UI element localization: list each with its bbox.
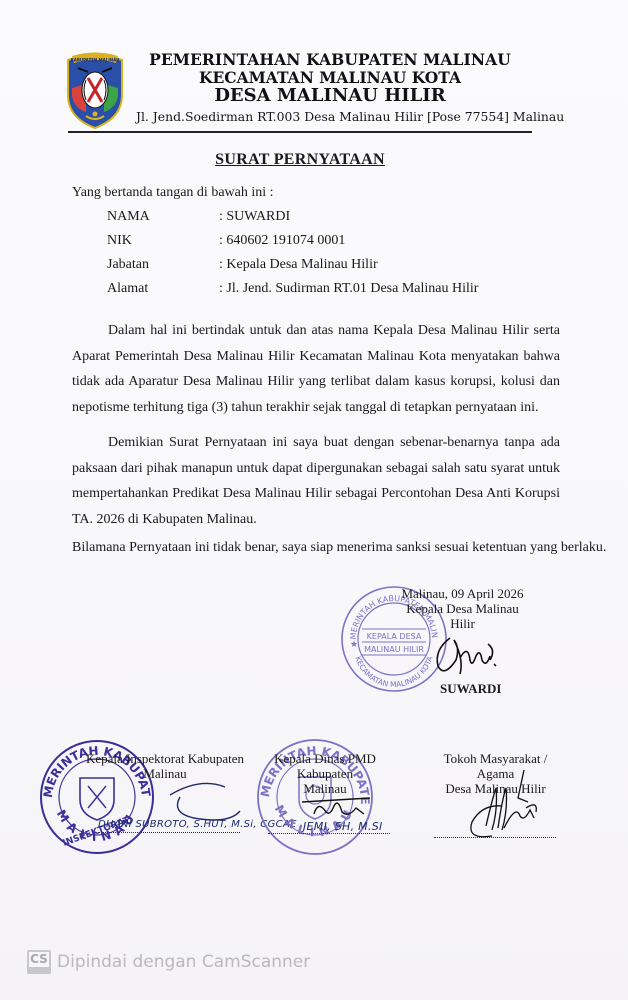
signature-line (98, 832, 240, 833)
place-date: Malinau, 09 April 2026 (395, 586, 530, 601)
dinas-pmd-signature (300, 790, 380, 820)
field-value: : SUWARDI (219, 209, 290, 224)
field-label: Jabatan (107, 257, 219, 273)
field-nik: NIK: 640602 191074 0001 (107, 233, 345, 249)
svg-text:★: ★ (350, 639, 358, 649)
signatory-name: SUWARDI (440, 681, 501, 697)
field-label: Alamat (107, 281, 219, 297)
intro-text: Yang bertanda tangan di bawah ini : (72, 185, 274, 201)
field-alamat: Alamat: Jl. Jend. Sudirman RT.01 Desa Ma… (107, 281, 478, 297)
tokoh-masyarakat-signature (462, 770, 562, 840)
camscanner-watermark: CS Dipindai dengan CamScanner (27, 950, 310, 974)
field-label: NAMA (107, 209, 219, 225)
svg-text:KECAMATAN MALINAU KOTA: KECAMATAN MALINAU KOTA (353, 654, 435, 689)
paragraph-purpose: Demikian Surat Pernyataan ini saya buat … (72, 430, 560, 532)
main-signatory-block: Malinau, 09 April 2026 Kepala Desa Malin… (395, 586, 530, 631)
field-nama: NAMA: SUWARDI (107, 209, 290, 225)
paragraph-statement: Dalam hal ini bertindak untuk dan atas n… (72, 318, 560, 420)
kepala-desa-signature (430, 630, 500, 680)
svg-text:MALINAU HILIR: MALINAU HILIR (364, 645, 424, 654)
signatory-position: Kepala Desa Malinau Hilir (395, 601, 530, 631)
letterhead-divider (68, 131, 532, 133)
watermark-text: Dipindai dengan CamScanner (57, 952, 310, 972)
letterhead-address: Jl. Jend.Soedirman RT.003 Desa Malinau H… (136, 109, 564, 124)
signatory-position: Kepala Inspektorat Kabupaten (85, 751, 245, 766)
dinas-pmd-handwritten-name: JEMI, SH, M.SI (303, 820, 383, 833)
field-label: NIK (107, 233, 219, 249)
letterhead-line-3: DESA MALINAU HILIR (130, 86, 530, 106)
letterhead-line-2: KECAMATAN MALINAU KOTA (130, 69, 530, 86)
inspektorat-signature (110, 775, 250, 825)
signature-line (434, 837, 556, 838)
kabupaten-malinau-logo: KABUPATEN MALINAU (64, 50, 126, 130)
field-jabatan: Jabatan: Kepala Desa Malinau Hilir (107, 257, 378, 273)
signature-line (268, 833, 390, 834)
svg-text:KABUPATEN MALINAU: KABUPATEN MALINAU (71, 57, 120, 62)
svg-text:KEPALA DESA: KEPALA DESA (367, 632, 422, 641)
letterhead: PEMERINTAHAN KABUPATEN MALINAU KECAMATAN… (130, 50, 530, 106)
closing-statement: Bilamana Pernyataan ini tidak benar, say… (72, 540, 606, 556)
signatory-position: Kepala Dinas PMD Kabupaten (245, 751, 405, 781)
field-value: : Kepala Desa Malinau Hilir (219, 257, 378, 272)
camscanner-logo-icon: CS (27, 950, 51, 974)
letterhead-line-1: PEMERINTAHAN KABUPATEN MALINAU (130, 50, 530, 69)
field-value: : 640602 191074 0001 (219, 233, 345, 248)
document-title: SURAT PERNYATAAN (0, 151, 600, 169)
field-value: : Jl. Jend. Sudirman RT.01 Desa Malinau … (219, 281, 478, 296)
